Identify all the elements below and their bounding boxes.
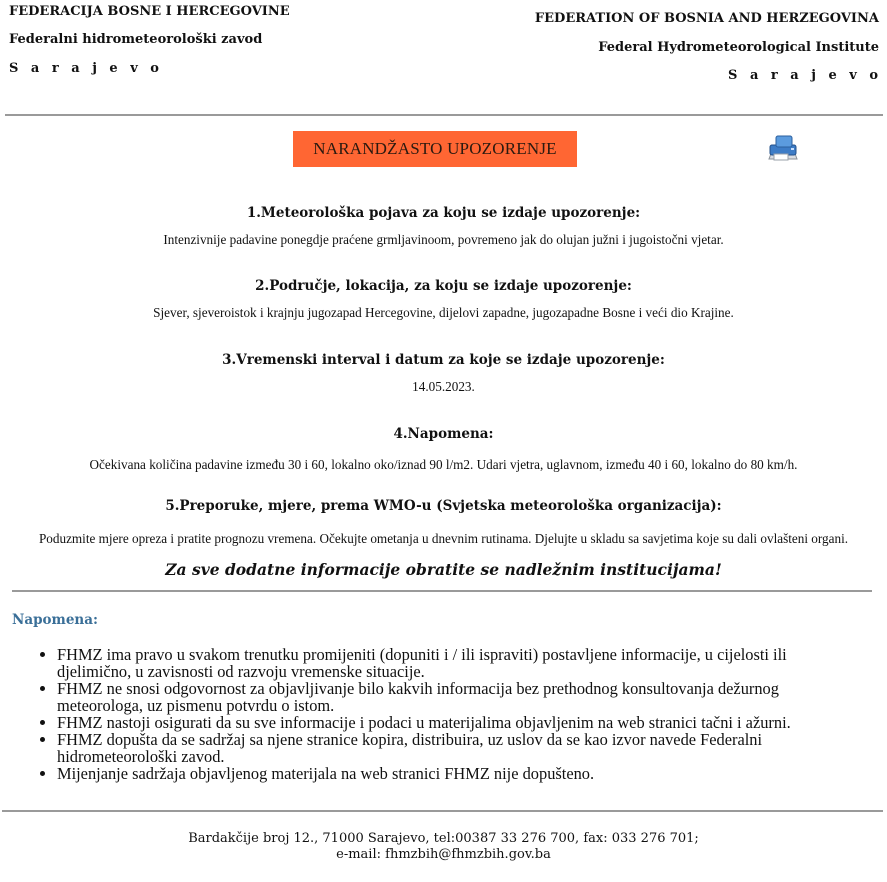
disclaimer-item: FHMZ ne snosi odgovornost za objavljivan… — [57, 680, 857, 714]
footer-email: e-mail: fhmzbih@fhmzbih.gov.ba — [0, 847, 887, 863]
disclaimer-item: Mijenjanje sadržaja objavljenog materija… — [57, 765, 857, 782]
header-left-institute: Federalni hidrometeorološki zavod — [9, 32, 262, 47]
section-1-body: Intenzivnije padavine ponegdje praćene g… — [0, 232, 887, 248]
disclaimer-list: FHMZ ima pravo u svakom trenutku promije… — [37, 646, 857, 782]
disclaimer-item: FHMZ ima pravo u svakom trenutku promije… — [57, 646, 857, 680]
header-divider — [5, 114, 883, 116]
section-4-body: Očekivana količina padavine između 30 i … — [0, 457, 887, 473]
section-5-body: Poduzmite mjere opreza i pratite prognoz… — [30, 531, 857, 546]
header-left-org-name: FEDERACIJA BOSNE I HERCEGOVINE — [9, 4, 290, 19]
content-divider — [12, 590, 872, 592]
section-5-title: 5.Preporuke, mjere, prema WMO-u (Svjetsk… — [0, 498, 887, 514]
section-3-title: 3.Vremenski interval i datum za koje se … — [0, 352, 887, 368]
section-2-title: 2.Područje, lokacija, za koju se izdaje … — [0, 278, 887, 294]
footer-divider — [2, 810, 883, 812]
header-right-institute: Federal Hydrometeorological Institute — [598, 40, 879, 55]
printer-icon[interactable] — [766, 133, 800, 163]
disclaimer-title: Napomena: — [12, 612, 98, 628]
disclaimer-item: FHMZ dopušta da se sadržaj sa njene stra… — [57, 731, 857, 765]
footer-address: Bardakčije broj 12., 71000 Sarajevo, tel… — [0, 831, 887, 847]
header-left-city: S a r a j e v o — [9, 61, 163, 76]
disclaimer-item: FHMZ nastoji osigurati da su sve informa… — [57, 714, 857, 731]
section-4-title: 4.Napomena: — [0, 426, 887, 442]
section-1-title: 1.Meteorološka pojava za koju se izdaje … — [0, 205, 887, 221]
section-3-date: 14.05.2023. — [0, 379, 887, 395]
section-2-body: Sjever, sjeveroistok i krajnju jugozapad… — [0, 305, 887, 321]
final-advice: Za sve dodatne informacije obratite se n… — [0, 560, 887, 579]
header-right-org-name: FEDERATION OF BOSNIA AND HERZEGOVINA — [535, 11, 879, 26]
header-right-city: S a r a j e v o — [728, 68, 882, 83]
warning-level-badge: NARANDŽASTO UPOZORENJE — [293, 131, 577, 167]
